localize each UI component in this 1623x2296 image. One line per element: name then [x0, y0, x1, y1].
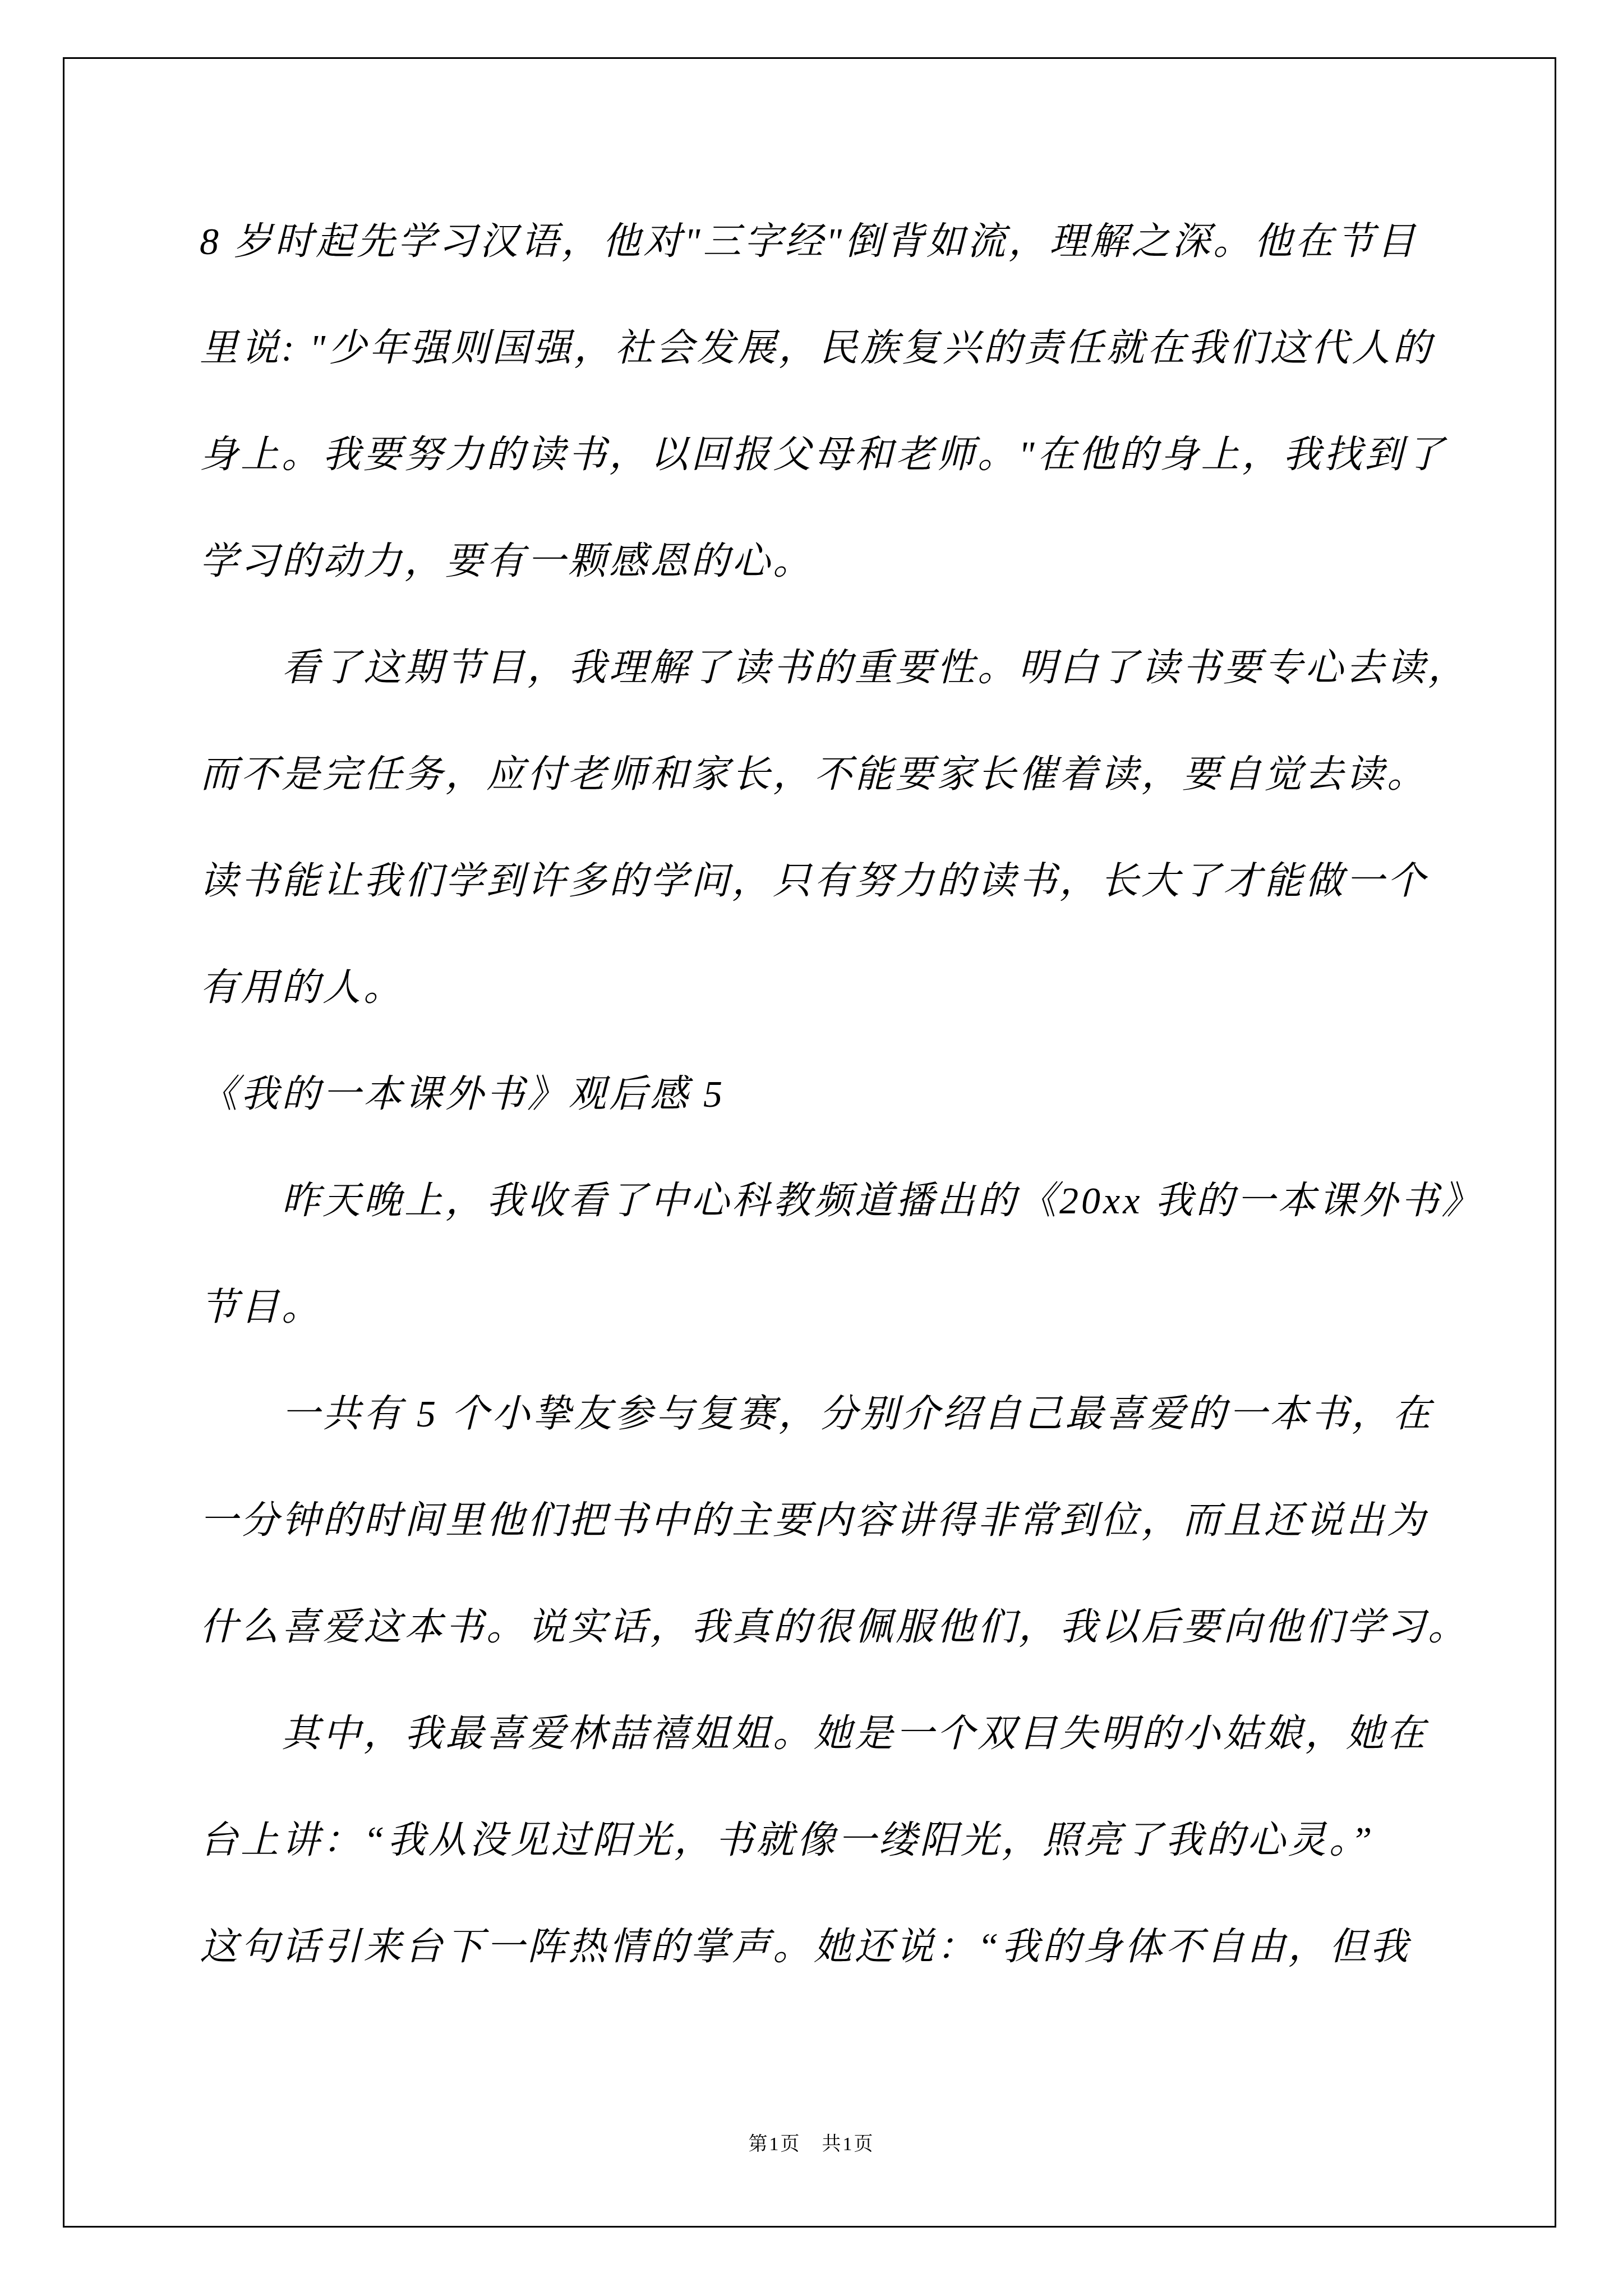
- text-line: 里说: "少年强则国强，社会发展，民族复兴的责任就在我们这代人的: [200, 295, 1473, 401]
- text-line: 这句话引来台下一阵热情的掌声。她还说：“我的身体不自由，但我: [200, 1893, 1473, 2000]
- text-line: 有用的人。: [200, 934, 1473, 1041]
- text-line: 节目。: [200, 1254, 1473, 1360]
- document-body: 8 岁时起先学习汉语，他对"三字经"倒背如流，理解之深。他在节目里说: "少年强…: [200, 188, 1473, 2000]
- text-line: 看了这期节目，我理解了读书的重要性。明白了读书要专心去读，: [200, 614, 1473, 721]
- text-line: 《我的一本课外书》观后感 5: [200, 1041, 1473, 1147]
- text-line: 身上。我要努力的读书，以回报父母和老师。"在他的身上，我找到了: [200, 401, 1473, 508]
- text-line: 而不是完任务，应付老师和家长，不能要家长催着读，要自觉去读。: [200, 721, 1473, 827]
- text-line: 昨天晚上，我收看了中心科教频道播出的《20xx 我的一本课外书》: [200, 1147, 1473, 1254]
- text-line: 什么喜爱这本书。说实话，我真的很佩服他们，我以后要向他们学习。: [200, 1573, 1473, 1680]
- text-line: 读书能让我们学到许多的学问，只有努力的读书，长大了才能做一个: [200, 827, 1473, 934]
- page-number-footer: 第1页 共1页: [0, 2127, 1623, 2162]
- text-line: 一分钟的时间里他们把书中的主要内容讲得非常到位，而且还说出为: [200, 1467, 1473, 1573]
- document-page: 8 岁时起先学习汉语，他对"三字经"倒背如流，理解之深。他在节目里说: "少年强…: [0, 0, 1623, 2296]
- text-line: 一共有 5 个小挚友参与复赛，分别介绍自己最喜爱的一本书，在: [200, 1360, 1473, 1467]
- text-line: 其中，我最喜爱林喆禧姐姐。她是一个双目失明的小姑娘，她在: [200, 1680, 1473, 1787]
- text-line: 8 岁时起先学习汉语，他对"三字经"倒背如流，理解之深。他在节目: [200, 188, 1473, 295]
- text-line: 台上讲：“我从没见过阳光，书就像一缕阳光，照亮了我的心灵。”: [200, 1787, 1473, 1893]
- text-line: 学习的动力，要有一颗感恩的心。: [200, 508, 1473, 614]
